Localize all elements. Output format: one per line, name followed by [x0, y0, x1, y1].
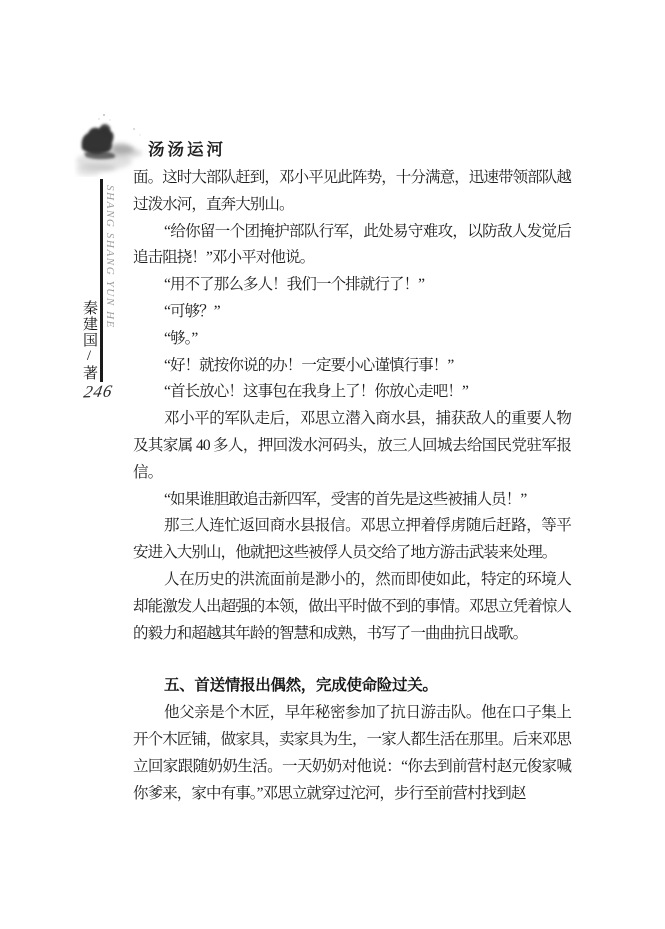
body-text: 面。这时大部队赶到，邓小平见此阵势，十分满意，迅速带领部队越过泼水河，直奔大别山…	[133, 165, 571, 807]
book-page: 汤汤运河 SHANG SHANG YUN HE 秦建国/著 246 面。这时大部…	[0, 0, 665, 929]
paragraph: 他父亲是个木匠，早年秘密参加了抗日游击队。他在口子集上开个木匠铺，做家具，卖家具…	[133, 700, 571, 807]
section-heading: 五、首送情报出偶然，完成使命险过关。	[133, 673, 571, 700]
paragraph: 那三人连忙返回商水县报信。邓思立押着俘虏随后赶路，等平安进入大别山，他就把这些被…	[133, 513, 571, 567]
paragraph: 邓小平的军队走后，邓思立潜入商水县，捕获敌人的重要人物及其家属 40 多人，押回…	[133, 406, 571, 486]
paragraph: “用不了那么多人！我们一个排就行了！”	[133, 272, 571, 299]
paragraph: “如果谁胆敢追击新四军，受害的首先是这些被捕人员！”	[133, 487, 571, 514]
author-label: 秦建国/著	[79, 300, 100, 381]
paragraph: “可够？”	[133, 299, 571, 326]
series-pinyin-label: SHANG SHANG YUN HE	[104, 185, 116, 345]
paragraph: “给你留一个团掩护部队行军，此处易守难攻，以防敌人发觉后追击阻挠！”邓小平对他说…	[133, 219, 571, 273]
page-number: 246	[82, 382, 114, 403]
paragraph: “首长放心！这事包在我身上了！你放心走吧！”	[133, 379, 571, 406]
paragraph: “够。”	[133, 326, 571, 353]
paragraph: 面。这时大部队赶到，邓小平见此阵势，十分满意，迅速带领部队越过泼水河，直奔大别山…	[133, 165, 571, 219]
paragraph: 人在历史的洪流面前是渺小的，然而即使如此，特定的环境人却能激发人出超强的本领，做…	[133, 567, 571, 647]
sidebar-rule	[100, 179, 103, 382]
page-title: 汤汤运河	[148, 136, 226, 160]
paragraph: “好！就按你说的办！一定要小心谨慎行事！”	[133, 353, 571, 380]
